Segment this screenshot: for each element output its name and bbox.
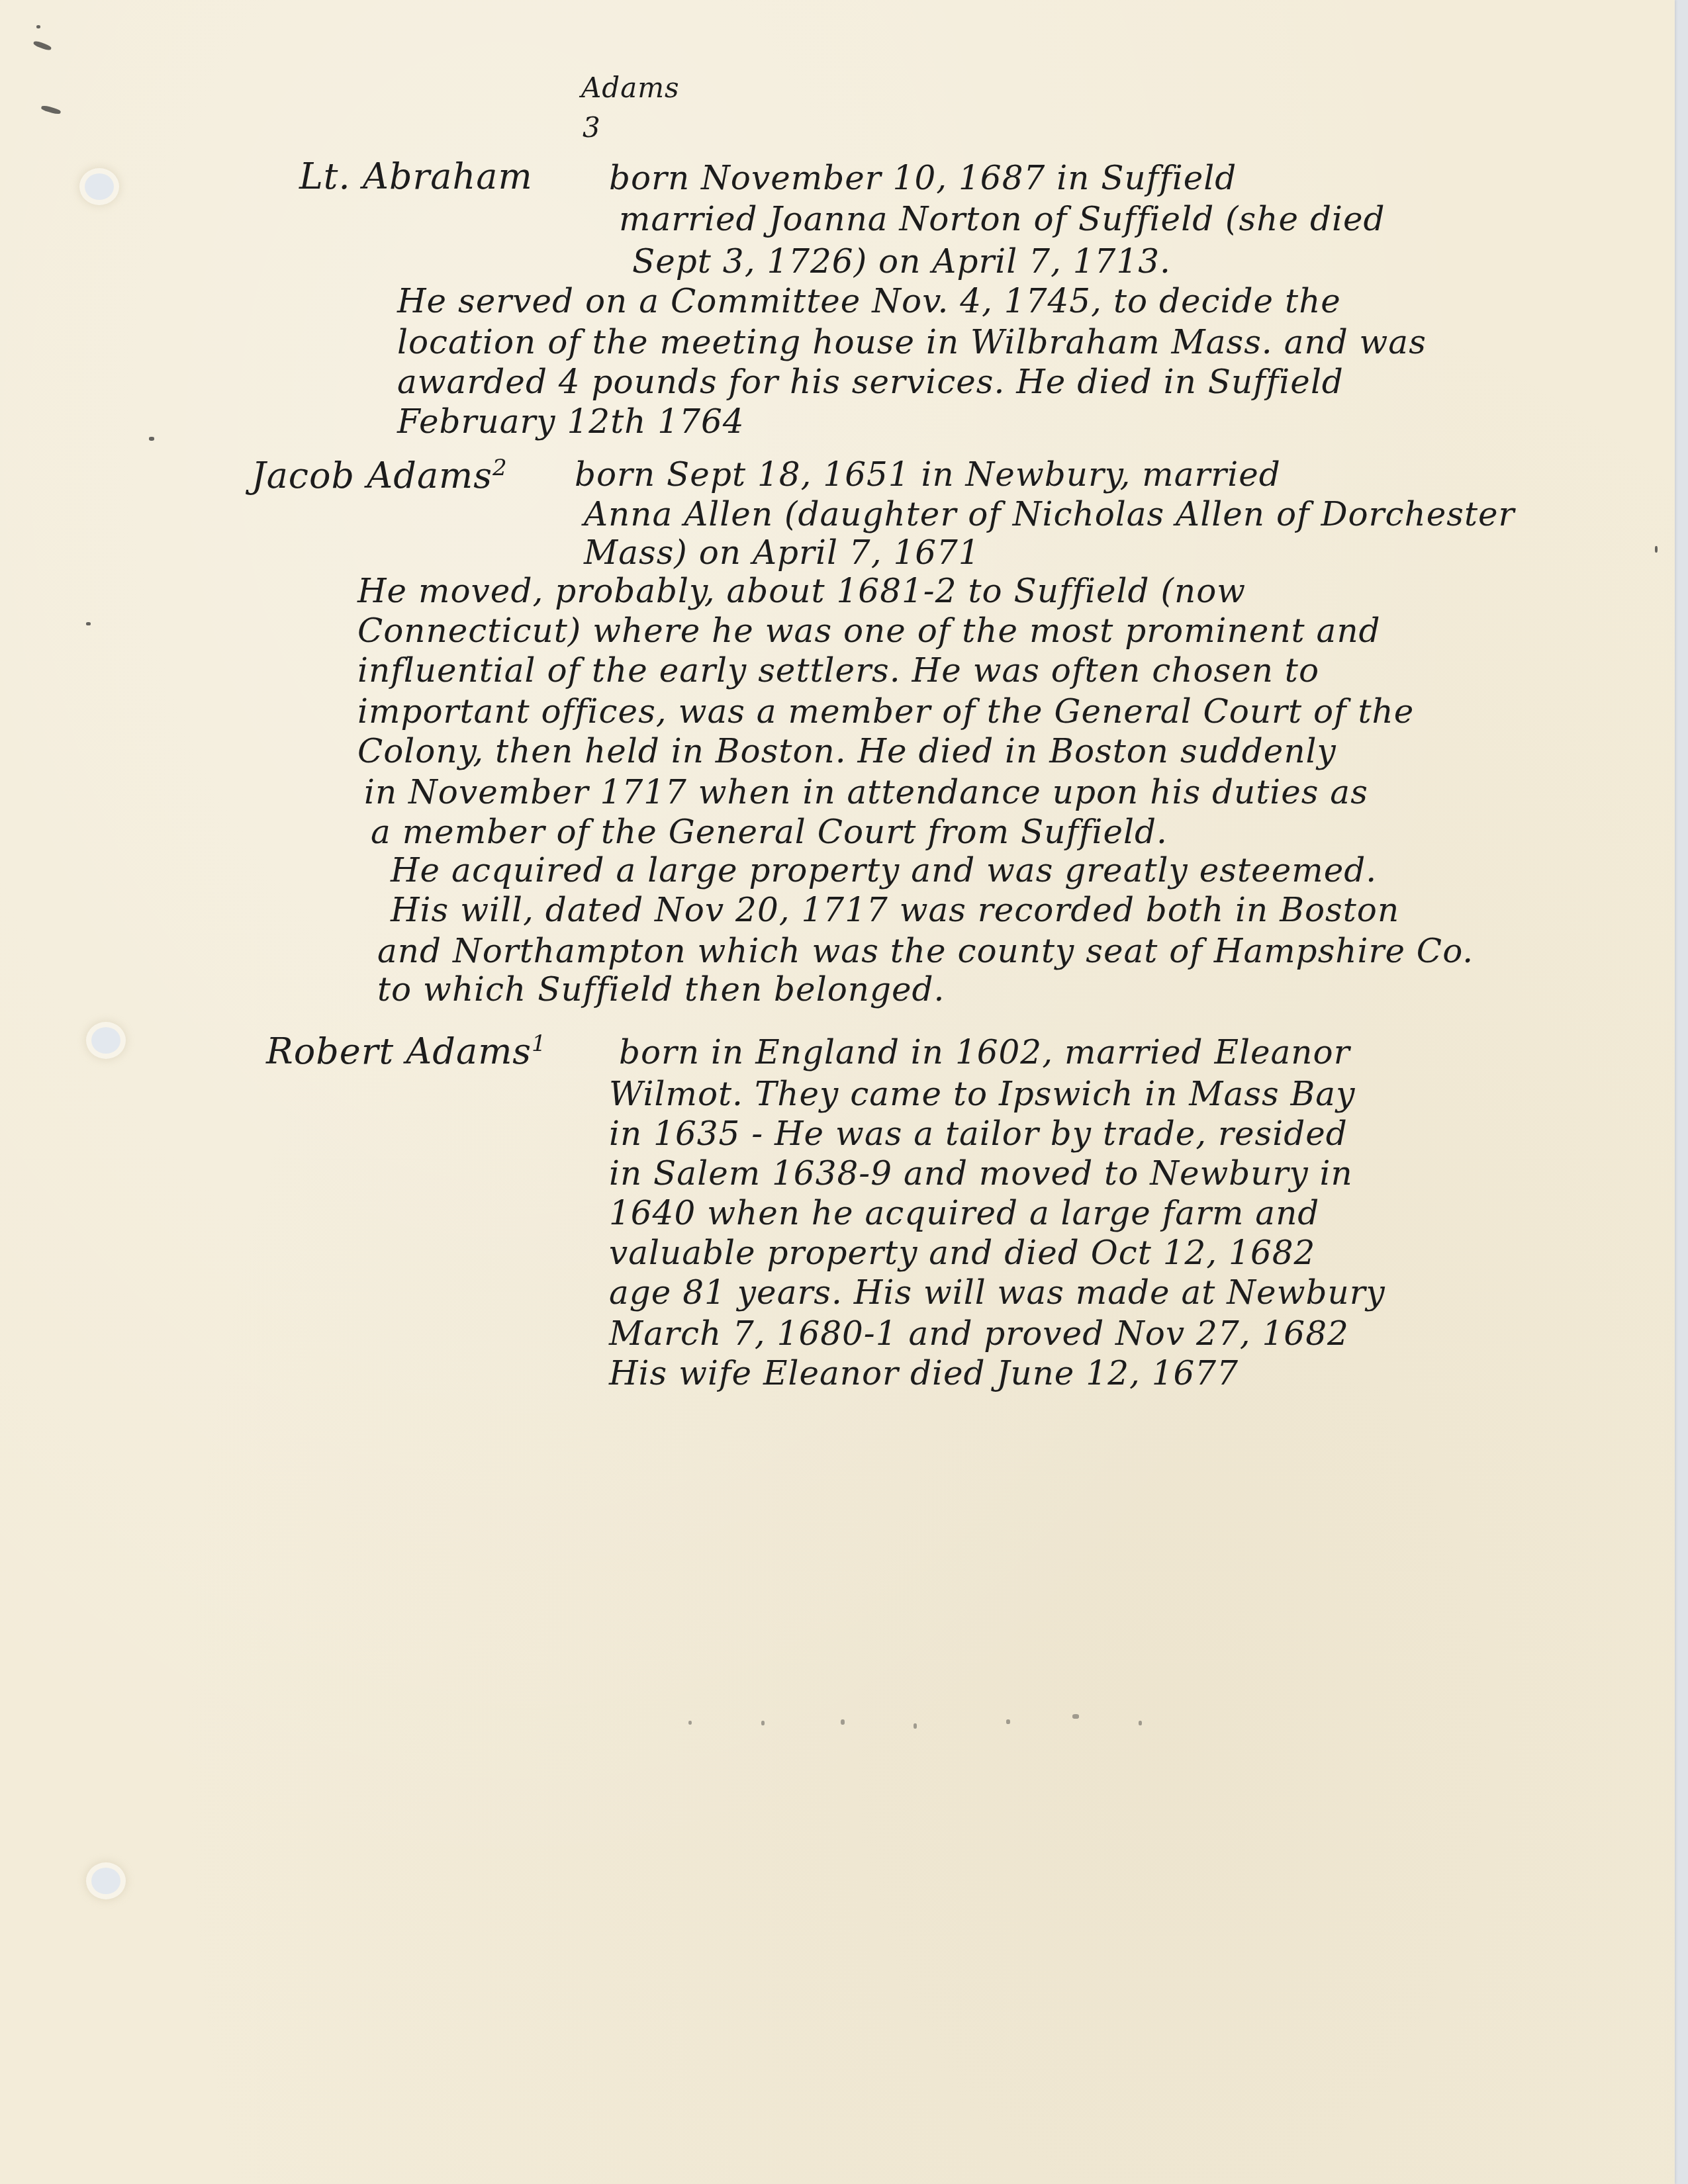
jacob-line-3: Mass) on April 7, 1671 — [584, 536, 980, 569]
paragraph-line: in November 1717 when in attendance upon… — [364, 776, 1368, 809]
bleed-through-speck — [761, 1721, 765, 1725]
robert-line-6: valuable property and died Oct 12, 1682 — [609, 1236, 1315, 1269]
robert-line-3: in 1635 - He was a tailor by trade, resi… — [609, 1117, 1348, 1150]
paragraph-line: and Northampton which was the county sea… — [377, 934, 1474, 968]
robert-line-2: Wilmot. They came to Ipswich in Mass Bay — [609, 1077, 1355, 1111]
paragraph-line: awarded 4 pounds for his services. He di… — [397, 365, 1344, 398]
paragraph-line: influential of the early settlers. He wa… — [357, 654, 1319, 687]
abraham-line-1: born November 10, 1687 in Suffield — [609, 161, 1237, 195]
bleed-through-speck — [1072, 1714, 1079, 1719]
paragraph-line: a member of the General Court from Suffi… — [371, 815, 1168, 848]
robert-line-5: 1640 when he acquired a large farm and — [609, 1197, 1319, 1230]
jacob-name-text: Jacob Adams — [252, 455, 492, 496]
robert-name: Robert Adams1 — [266, 1032, 547, 1069]
robert-line-7: age 81 years. His will was made at Newbu… — [609, 1276, 1385, 1309]
abraham-surname-insert: Adams — [581, 71, 680, 104]
punch-hole-bottom — [91, 1868, 120, 1894]
abraham-line-3: Sept 3, 1726) on April 7, 1713. — [632, 245, 1171, 278]
punch-hole-top — [85, 173, 114, 200]
paragraph-line: Colony, then held in Boston. He died in … — [357, 735, 1336, 768]
bleed-through-speck — [1006, 1719, 1010, 1724]
paragraph-line: to which Suffield then belonged. — [377, 973, 945, 1006]
paragraph-line: location of the meeting house in Wilbrah… — [397, 326, 1427, 359]
ink-speck — [149, 437, 154, 441]
ink-speck — [86, 622, 91, 625]
ink-speck — [36, 25, 40, 28]
robert-line-9: His wife Eleanor died June 12, 1677 — [609, 1357, 1239, 1390]
punch-hole-middle — [91, 1027, 120, 1054]
paragraph-line: He served on a Committee Nov. 4, 1745, t… — [397, 285, 1341, 318]
paragraph-line: His will, dated Nov 20, 1717 was recorde… — [391, 893, 1399, 927]
jacob-line-1: born Sept 18, 1651 in Newbury, married — [575, 458, 1281, 491]
ink-speck — [40, 105, 61, 114]
paragraph-line: February 12th 1764 — [397, 405, 745, 438]
paper-page: Adams 3 Lt. Abraham born November 10, 16… — [0, 0, 1675, 2184]
abraham-line-2: married Joanna Norton of Suffield (she d… — [619, 203, 1385, 236]
bleed-through-speck — [1139, 1721, 1142, 1725]
ink-speck — [32, 40, 52, 51]
ink-speck — [1655, 546, 1658, 553]
bleed-through-speck — [914, 1723, 917, 1729]
jacob-name: Jacob Adams2 — [252, 457, 508, 494]
bleed-through-speck — [841, 1719, 845, 1725]
paragraph-line: He acquired a large property and was gre… — [391, 854, 1377, 887]
robert-line-1: born in England in 1602, married Eleanor — [619, 1036, 1350, 1069]
paragraph-line: Connecticut) where he was one of the mos… — [357, 614, 1381, 647]
jacob-line-2: Anna Allen (daughter of Nicholas Allen o… — [584, 498, 1515, 531]
jacob-generation-number: 2 — [492, 455, 508, 481]
abraham-generation-number: 3 — [583, 111, 601, 144]
robert-name-text: Robert Adams — [266, 1030, 532, 1072]
bleed-through-speck — [688, 1721, 692, 1725]
abraham-name: Lt. Abraham — [299, 159, 533, 195]
robert-generation-number: 1 — [532, 1030, 547, 1057]
robert-line-8: March 7, 1680-1 and proved Nov 27, 1682 — [609, 1317, 1349, 1350]
paragraph-line: He moved, probably, about 1681-2 to Suff… — [357, 574, 1246, 608]
paragraph-line: important offices, was a member of the G… — [357, 695, 1414, 728]
robert-line-4: in Salem 1638-9 and moved to Newbury in — [609, 1157, 1353, 1190]
